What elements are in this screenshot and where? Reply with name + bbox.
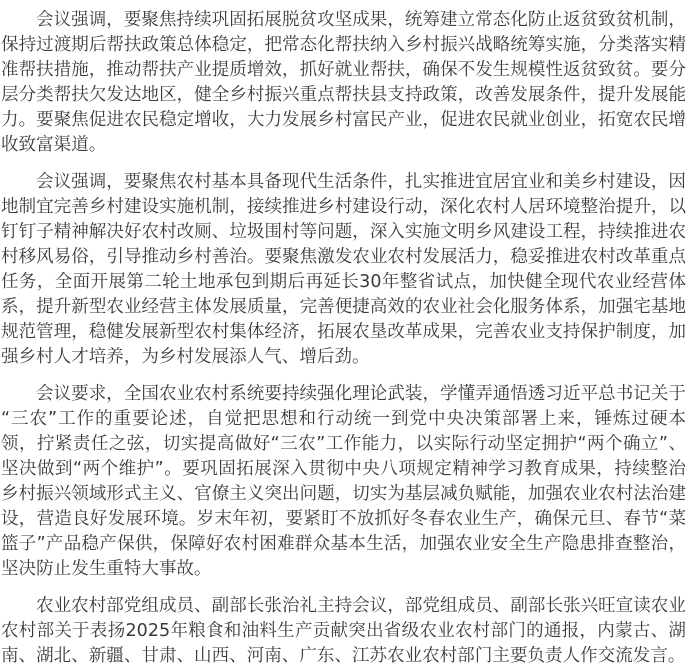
article-body: 会议强调，要聚焦持续巩固拓展脱贫攻坚成果，统筹建立常态化防止返贫致贫机制，保持过… (0, 0, 690, 666)
paragraph-poverty-alleviation: 会议强调，要聚焦持续巩固拓展脱贫攻坚成果，统筹建立常态化防止返贫致贫机制，保持过… (1, 8, 686, 158)
paragraph-rural-construction: 会议强调，要聚焦农村基本具备现代生活条件，扎实推进宜居宜业和美乡村建设，因地制宜… (1, 170, 686, 370)
paragraph-meeting-attendees: 农业农村部党组成员、副部长张治礼主持会议，部党组成员、副部长张兴旺宣读农业农村部… (1, 594, 686, 666)
paragraph-meeting-requirements: 会议要求，全国农业农村系统要持续强化理论武装，学懂弄通悟透习近平总书记关于“三农… (1, 382, 686, 582)
